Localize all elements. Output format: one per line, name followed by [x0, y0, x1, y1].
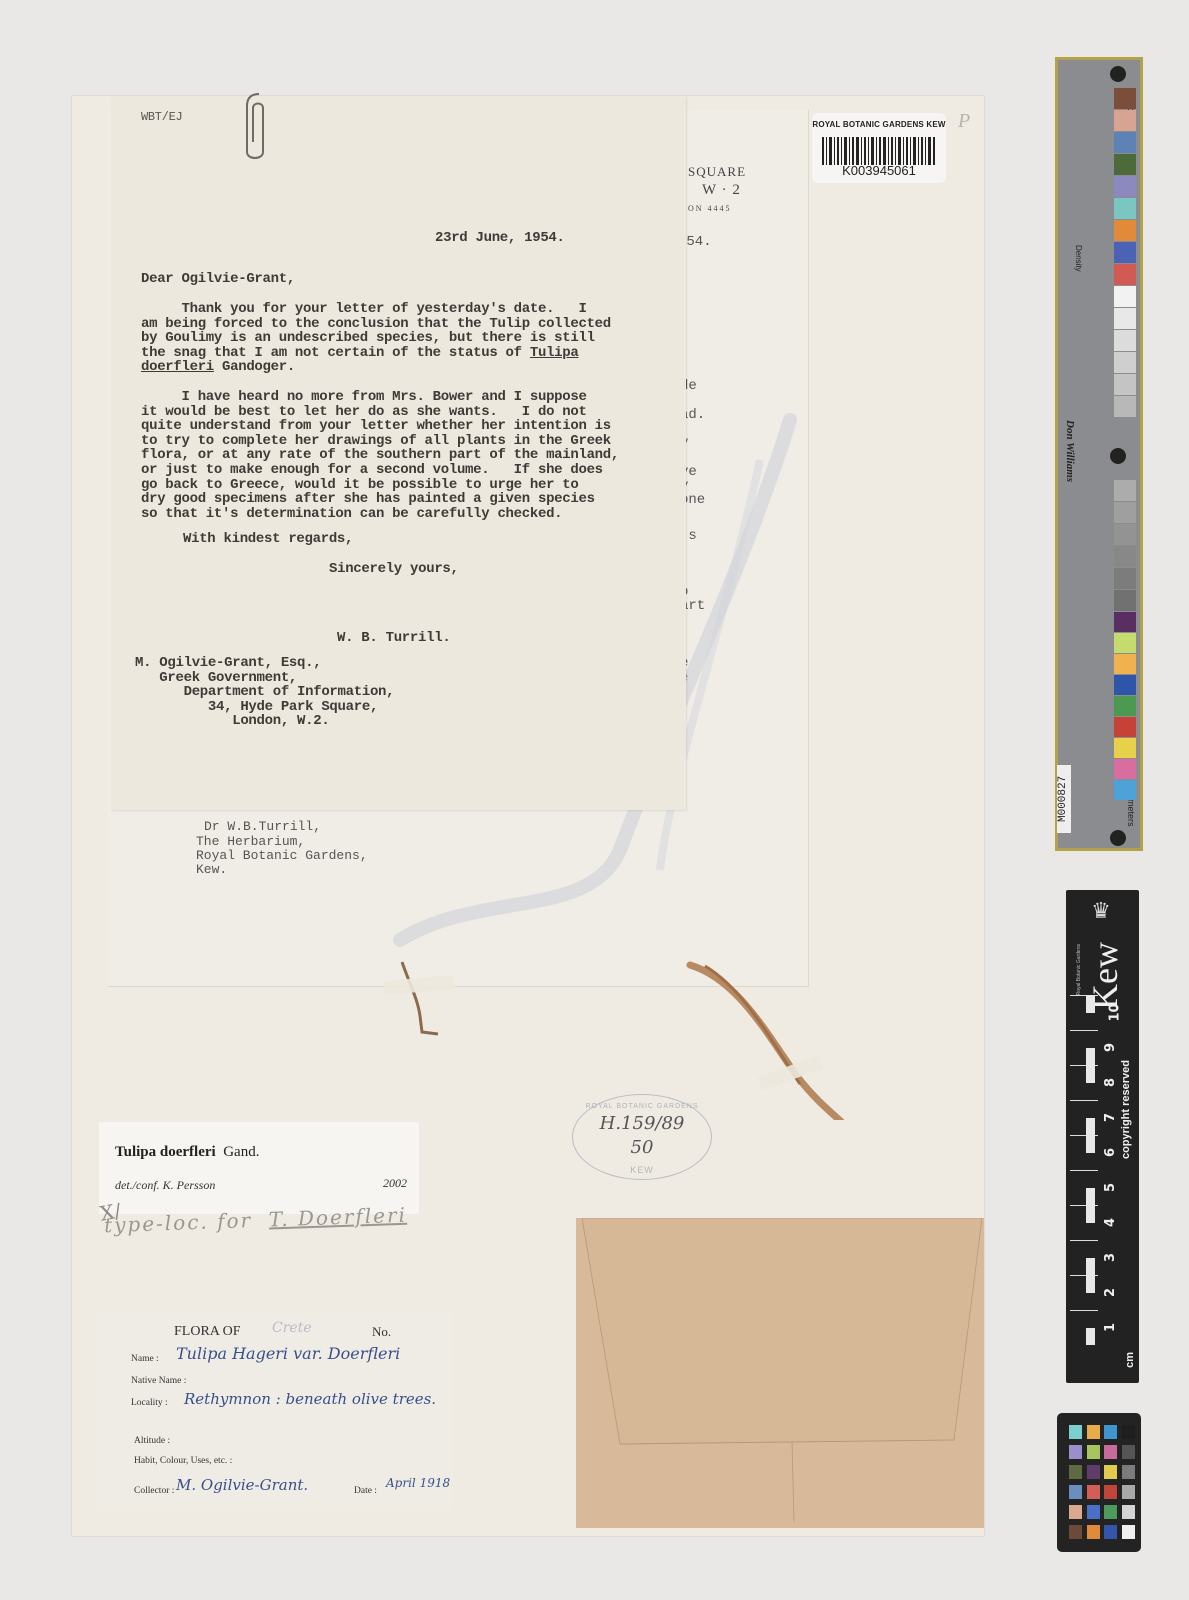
kew-scale-bar: ♛ Kew Royal Botanic Gardens copyright re…: [1066, 890, 1139, 1383]
scale-alt-block: [1086, 1275, 1095, 1293]
copyright-text: copyright reserved: [1120, 1060, 1132, 1159]
color-chip: [1087, 1485, 1100, 1499]
letter-line: to try to complete her drawings of all p…: [141, 434, 611, 449]
chart-hole-icon: [1110, 66, 1126, 82]
scale-tick-label: 3: [1103, 1252, 1118, 1261]
letter-salutation: Dear Ogilvie-Grant,: [141, 272, 295, 287]
letter-line: I have heard no more from Mrs. Bower and…: [141, 390, 587, 405]
scale-tick-label: 2: [1103, 1287, 1118, 1296]
reply-address-line: Royal Botanic Gardens,: [196, 848, 368, 863]
chart-swatch: [1114, 308, 1136, 329]
chart-swatch: [1114, 242, 1136, 263]
chart-swatch: [1114, 546, 1136, 567]
color-chip: [1104, 1525, 1117, 1539]
chart-swatch: [1114, 502, 1136, 523]
label-value-locality: Rethymnon : beneath olive trees.: [184, 1390, 436, 1408]
letter-line: so that it's determination can be carefu…: [141, 507, 562, 522]
label-header: FLORA OF: [174, 1324, 241, 1340]
chart-swatch: [1114, 132, 1136, 153]
recipient-line: 34, Hyde Park Square,: [135, 700, 378, 715]
barcode-number: K003945061: [812, 163, 946, 178]
color-chip: [1087, 1525, 1100, 1539]
stamp-number: H.159/89: [573, 1113, 711, 1134]
chart-swatch: [1114, 330, 1136, 351]
color-chip: [1069, 1525, 1082, 1539]
letter-date: 23rd June, 1954.: [435, 231, 565, 246]
color-chip: [1069, 1485, 1082, 1499]
label-value-date: April 1918: [386, 1476, 450, 1490]
color-chip: [1122, 1505, 1135, 1519]
scale-tick-label: 9: [1103, 1042, 1118, 1051]
label-field-collector: Collector :: [134, 1486, 174, 1496]
letter-line: quite understand from your letter whethe…: [141, 419, 611, 434]
color-chip: [1069, 1445, 1082, 1459]
letterhead-line: SQUARE: [688, 164, 746, 180]
determination-slip: Tulipa doerfleri Gand. det./conf. K. Per…: [99, 1122, 419, 1214]
color-chip: [1087, 1425, 1100, 1439]
scale-tick-label: 6: [1103, 1147, 1118, 1156]
letter-signature: W. B. Turrill.: [337, 631, 450, 646]
letter-closing: With kindest regards,: [183, 532, 353, 547]
letter-line: am being forced to the conclusion that t…: [141, 317, 611, 332]
chart-brand: Don Williams: [1064, 420, 1076, 482]
color-chip: [1104, 1445, 1117, 1459]
folder-mark: P: [958, 110, 970, 133]
color-chip: [1122, 1425, 1135, 1439]
scale-alt-block: [1086, 1328, 1095, 1346]
stamp-ring-bottom: KEW: [573, 1165, 711, 1175]
reply-address-line: Kew.: [196, 862, 227, 877]
scale-alt-block: [1086, 1205, 1095, 1223]
color-chip: [1104, 1465, 1117, 1479]
color-calibration-chart: inches Density Don Williams centimeters …: [1055, 57, 1143, 851]
letter-line: the snag that I am not certain of the st…: [141, 346, 578, 361]
chart-swatch: [1114, 110, 1136, 131]
recipient-line: Department of Information,: [135, 685, 394, 700]
chart-swatch: [1114, 176, 1136, 197]
label-field-locality: Locality :: [131, 1398, 168, 1408]
chart-swatch: [1114, 717, 1136, 737]
unit-label: cm: [1124, 1352, 1136, 1368]
chart-swatch: [1114, 524, 1136, 545]
reply-address-line: The Herbarium,: [196, 834, 305, 849]
chart-swatch: [1114, 633, 1136, 653]
color-chip: [1087, 1465, 1100, 1479]
letter-line: or just to make enough for a second volu…: [141, 463, 603, 478]
royal-crest-icon: ♛: [1086, 898, 1116, 926]
barcode-icon: [822, 137, 936, 165]
color-chip: [1069, 1465, 1082, 1479]
chart-hole-icon: [1110, 830, 1126, 846]
color-chip: [1087, 1505, 1100, 1519]
chart-density-label: Density: [1074, 245, 1083, 272]
collection-label: FLORA OF Crete No. Name : Tulipa Hageri …: [96, 1310, 453, 1510]
color-chip: [1104, 1505, 1117, 1519]
recipient-line: Greek Government,: [135, 671, 297, 686]
color-chip: [1069, 1505, 1082, 1519]
chart-swatch: [1114, 396, 1136, 417]
chart-swatch: [1114, 480, 1136, 501]
chart-swatch: [1114, 590, 1136, 611]
letter-line: doerfleri Gandoger.: [141, 360, 295, 375]
color-chip: [1122, 1485, 1135, 1499]
recipient-line: London, W.2.: [135, 714, 329, 729]
scale-alt-block: [1086, 1188, 1095, 1206]
kew-subtitle: Royal Botanic Gardens: [1076, 944, 1082, 995]
paperclip-icon: [243, 92, 267, 164]
label-value-name: Tulipa Hageri var. Doerfleri: [176, 1344, 400, 1363]
det-year: 2002: [383, 1176, 407, 1191]
pencil-taxon: T. Doerfleri: [268, 1203, 407, 1232]
chart-swatch: [1114, 198, 1136, 219]
taxon-underlined: Tulipa: [530, 345, 579, 361]
scale-alt-block: [1086, 1135, 1095, 1153]
color-chip: [1104, 1485, 1117, 1499]
chart-swatch: [1114, 154, 1136, 175]
scale-alt-block: [1086, 995, 1095, 1013]
chart-id: M000827: [1057, 765, 1071, 833]
fragment-envelope: [576, 1218, 992, 1528]
chart-swatch: [1114, 738, 1136, 758]
chart-swatch: [1114, 352, 1136, 373]
letter-line: Thank you for your letter of yesterday's…: [141, 302, 587, 317]
scale-alt-block: [1086, 1118, 1095, 1136]
chart-swatch: [1114, 612, 1136, 632]
letterhead-line: ON 4445: [688, 204, 732, 213]
letter-line: dry good specimens after she has painted…: [141, 492, 595, 507]
stamp-ring-top: ROYAL BOTANIC GARDENS: [573, 1103, 711, 1110]
letterhead-line: W · 2: [702, 182, 741, 199]
chart-swatch: [1114, 654, 1136, 674]
det-author: Gand.: [223, 1144, 259, 1160]
scale-alt-block: [1086, 1065, 1095, 1083]
label-field-name: Name :: [131, 1354, 159, 1364]
scale-alt-block: [1086, 1048, 1095, 1066]
color-chip: [1122, 1465, 1135, 1479]
color-checker-card: [1057, 1413, 1141, 1552]
chart-swatch: [1114, 374, 1136, 395]
label-field-native-name: Native Name :: [131, 1376, 186, 1386]
scale-tick-label: 7: [1103, 1112, 1118, 1121]
accession-stamp: ROYAL BOTANIC GARDENS H.159/89 50 KEW: [572, 1094, 712, 1180]
color-chip: [1122, 1525, 1135, 1539]
det-determiner: det./conf. K. Persson: [115, 1178, 215, 1193]
chart-swatch: [1114, 675, 1136, 695]
scale-tick-label: 4: [1103, 1217, 1118, 1226]
letter-signoff: Sincerely yours,: [329, 562, 459, 577]
color-chip: [1069, 1425, 1082, 1439]
stamp-sub-number: 50: [573, 1137, 711, 1158]
chart-swatch: [1114, 780, 1136, 800]
scale-tick-label: 10: [1108, 1003, 1123, 1021]
color-chip: [1122, 1445, 1135, 1459]
letter-line: flora, or at any rate of the southern pa…: [141, 448, 619, 463]
scale-tick-label: 5: [1103, 1182, 1118, 1191]
det-taxon-line: Tulipa doerfleri Gand.: [115, 1144, 259, 1161]
label-value-collector: M. Ogilvie-Grant.: [176, 1476, 308, 1494]
letter-text: the snag that I am not certain of the st…: [141, 345, 530, 361]
label-field-habit: Habit, Colour, Uses, etc. :: [134, 1456, 232, 1466]
letter-text: Gandoger.: [214, 359, 295, 375]
color-chip: [1087, 1445, 1100, 1459]
label-field-date: Date :: [354, 1486, 377, 1496]
scale-alt-block: [1086, 1258, 1095, 1276]
reply-address-line: Dr W.B.Turrill,: [204, 820, 321, 834]
letter-line: go back to Greece, would it be possible …: [141, 478, 578, 493]
chart-swatch: [1114, 220, 1136, 241]
taxon-underlined: doerfleri: [141, 359, 214, 375]
chart-swatch: [1114, 264, 1136, 285]
label-number: No.: [372, 1324, 391, 1340]
recipient-line: M. Ogilvie-Grant, Esq.,: [135, 656, 321, 671]
barcode-institution: ROYAL BOTANIC GARDENS KEW: [812, 120, 946, 129]
label-region: Crete: [272, 1320, 312, 1336]
scale-tick-label: 8: [1103, 1077, 1118, 1086]
chart-hole-icon: [1110, 448, 1126, 464]
typed-letter: WBT/EJ 23rd June, 1954. Dear Ogilvie-Gra…: [111, 96, 686, 810]
letter-line: it would be best to let her do as she wa…: [141, 405, 587, 420]
letter-line: by Goulimy is an undescribed species, bu…: [141, 331, 595, 346]
chart-swatch: [1114, 568, 1136, 589]
letter-reference: WBT/EJ: [141, 110, 182, 125]
barcode-label: ROYAL BOTANIC GARDENS KEW K003945061: [812, 113, 946, 183]
color-chip: [1104, 1425, 1117, 1439]
chart-swatch: [1114, 759, 1136, 779]
chart-swatch: [1114, 286, 1136, 307]
chart-swatch: [1114, 696, 1136, 716]
label-field-altitude: Altitude :: [134, 1436, 170, 1446]
chart-swatch: [1114, 88, 1136, 109]
scale-tick-label: 1: [1103, 1322, 1118, 1331]
det-taxon: Tulipa doerfleri: [115, 1144, 216, 1160]
